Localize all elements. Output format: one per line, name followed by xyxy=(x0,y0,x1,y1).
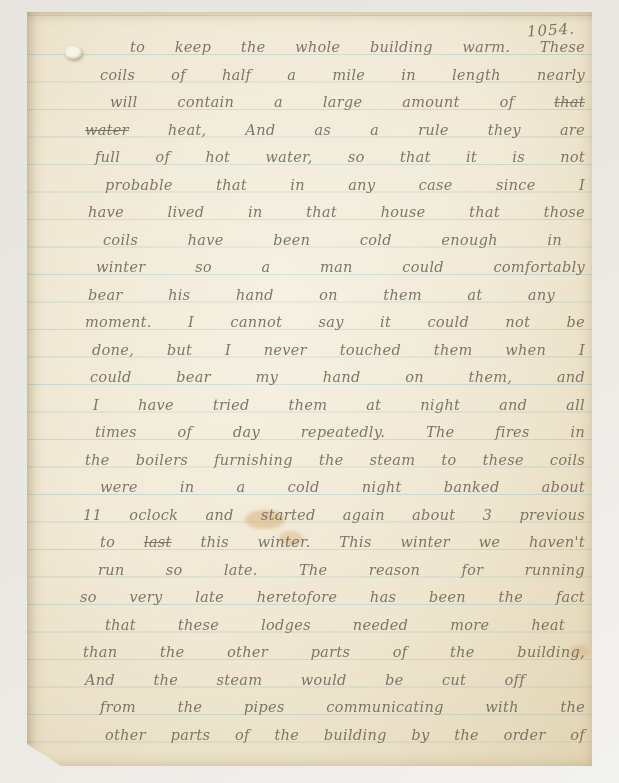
manuscript-text: than the other parts of the building, xyxy=(83,645,585,661)
manuscript-text: to keep the whole building warm. These xyxy=(130,40,585,56)
manuscript-text: And the steam would be cut off xyxy=(85,673,525,689)
manuscript-text: so very late heretofore has been the fac… xyxy=(80,590,585,606)
manuscript-line: from the pipes communicating with the xyxy=(100,700,585,725)
struck-word: that xyxy=(554,95,585,111)
paper-flaw xyxy=(65,46,82,59)
manuscript-text: I have tried them at night and all xyxy=(93,398,585,414)
manuscript-text: will contain a large amount of xyxy=(110,95,554,111)
manuscript-line: winter so a man could comfortably xyxy=(96,260,585,285)
manuscript-line: other parts of the building by the order… xyxy=(105,728,585,753)
manuscript-text: heat, And as a rule they are xyxy=(129,123,585,139)
manuscript-line: will contain a large amount of that xyxy=(110,95,585,120)
scan-background: { "page_number": "1054.", "colors": { "b… xyxy=(0,0,619,783)
manuscript-line: bear his hand on them at any xyxy=(88,288,555,313)
manuscript-line: were in a cold night banked about xyxy=(100,480,585,505)
manuscript-text: were in a cold night banked about xyxy=(100,480,585,496)
manuscript-line: I have tried them at night and all xyxy=(93,398,585,423)
manuscript-line: that these lodges needed more heat xyxy=(105,618,565,643)
manuscript-text: winter so a man could comfortably xyxy=(96,260,585,276)
manuscript-text: to xyxy=(100,535,144,551)
manuscript-line: so very late heretofore has been the fac… xyxy=(80,590,585,615)
struck-word: water xyxy=(85,123,129,139)
manuscript-text: run so late. The reason for running xyxy=(98,563,585,579)
manuscript-line: times of day repeatedly. The fires in xyxy=(95,425,585,450)
manuscript-line: to last this winter. This winter we have… xyxy=(100,535,585,560)
manuscript-text: moment. I cannot say it could not be xyxy=(85,315,585,331)
manuscript-line: done, but I never touched them when I xyxy=(92,343,585,368)
manuscript-text: times of day repeatedly. The fires in xyxy=(95,425,585,441)
manuscript-text: the boilers furnishing the steam to thes… xyxy=(85,453,585,469)
manuscript-text: coils of half a mile in length nearly xyxy=(100,68,585,84)
manuscript-line: coils of half a mile in length nearly xyxy=(100,68,585,93)
manuscript-text: could bear my hand on them, and xyxy=(90,370,585,386)
manuscript-line: the boilers furnishing the steam to thes… xyxy=(85,453,585,478)
manuscript-line: 11 oclock and started again about 3 prev… xyxy=(83,508,585,533)
manuscript-line: And the steam would be cut off xyxy=(85,673,525,698)
manuscript-page: 1054. to keep the whole building warm. T… xyxy=(27,12,592,766)
manuscript-line: water heat, And as a rule they are xyxy=(85,123,585,148)
manuscript-line: could bear my hand on them, and xyxy=(90,370,585,395)
manuscript-line: than the other parts of the building, xyxy=(83,645,585,670)
manuscript-line: moment. I cannot say it could not be xyxy=(85,315,585,340)
struck-word: last xyxy=(144,535,172,551)
manuscript-text: from the pipes communicating with the xyxy=(100,700,585,716)
manuscript-text: other parts of the building by the order… xyxy=(105,728,585,744)
manuscript-text: bear his hand on them at any xyxy=(88,288,555,304)
manuscript-line: to keep the whole building warm. These xyxy=(130,40,585,65)
page-number: 1054. xyxy=(526,19,575,40)
manuscript-line: have lived in that house that those xyxy=(88,205,585,230)
manuscript-text: done, but I never touched them when I xyxy=(92,343,585,359)
manuscript-text: this winter. This winter we haven't xyxy=(172,535,585,551)
manuscript-line: run so late. The reason for running xyxy=(98,563,585,588)
manuscript-line: probable that in any case since I xyxy=(105,178,585,203)
manuscript-text: that these lodges needed more heat xyxy=(105,618,565,634)
manuscript-text: full of hot water, so that it is not xyxy=(95,150,585,166)
manuscript-line: full of hot water, so that it is not xyxy=(95,150,585,175)
manuscript-text: 11 oclock and started again about 3 prev… xyxy=(83,508,585,524)
manuscript-line: coils have been cold enough in xyxy=(103,233,562,258)
manuscript-text: have lived in that house that those xyxy=(88,205,585,221)
manuscript-text: coils have been cold enough in xyxy=(103,233,562,249)
manuscript-text: probable that in any case since I xyxy=(105,178,585,194)
